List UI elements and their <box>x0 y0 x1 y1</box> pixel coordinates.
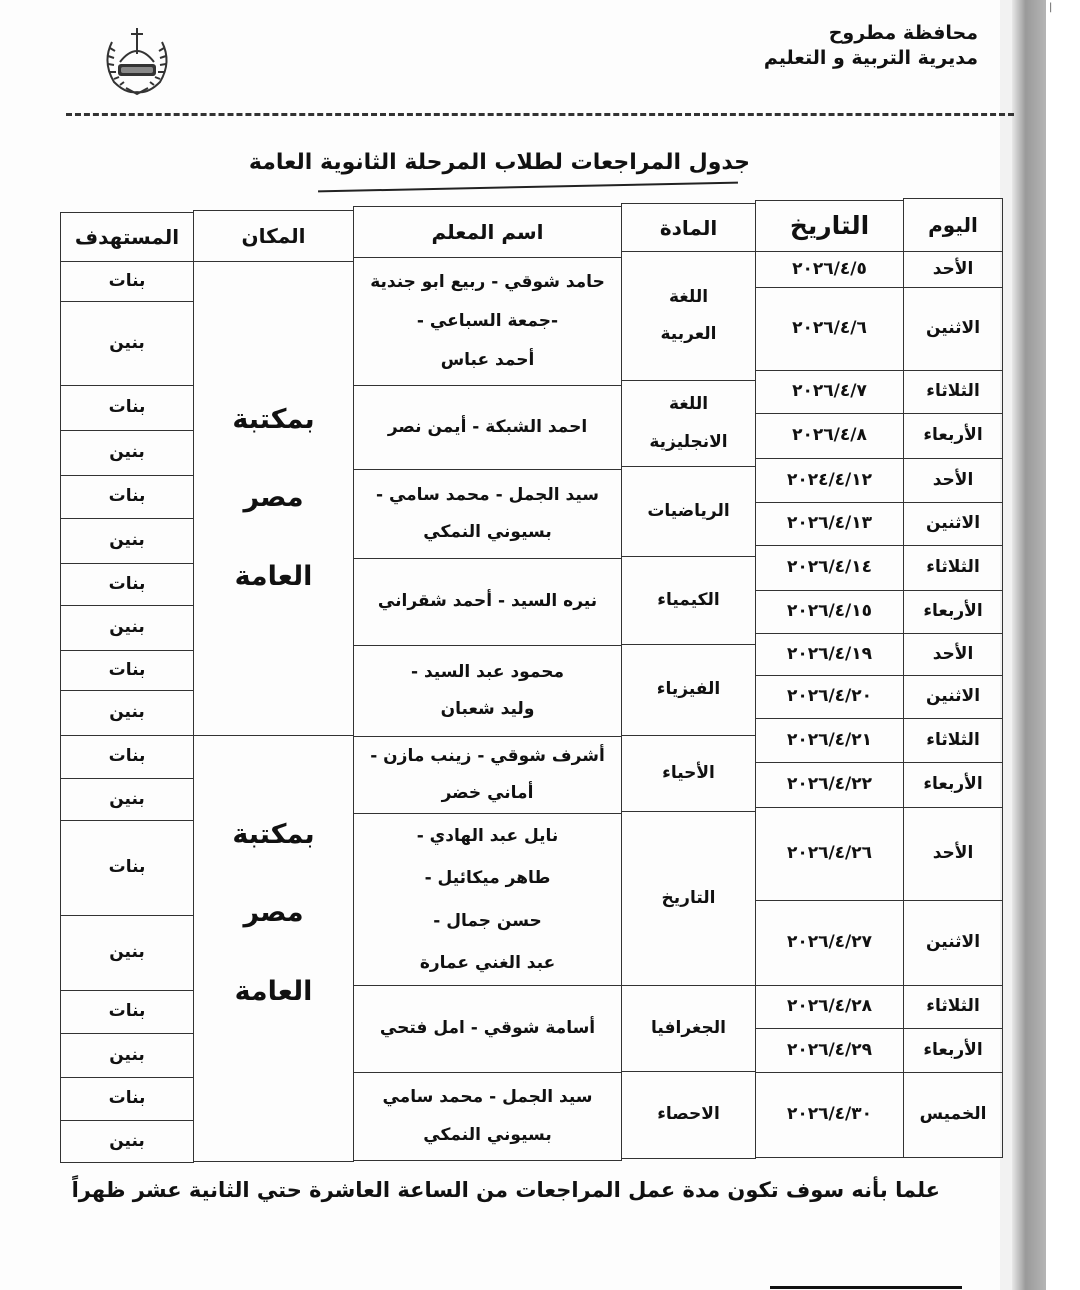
date-cell: ٢٠٢٦/٤/٢٢ <box>755 762 904 808</box>
subject-cell-english: اللغة الانجليزية <box>621 380 756 467</box>
teacher-line: حامد شوقي - ربيع ابو جندية <box>370 263 605 302</box>
target-cell: بنات <box>60 563 194 606</box>
day-cell: الأحد <box>903 458 1003 503</box>
day-cell: الأحد <box>903 633 1003 676</box>
header-day: اليوم <box>903 198 1003 252</box>
subject-name: اللغة <box>669 386 708 423</box>
teacher-cell: أسامة شوقي - امل فتحي <box>353 985 622 1073</box>
day-cell: الثلاثاء <box>903 370 1003 414</box>
teacher-line: طاهر ميكائيل - <box>425 857 551 900</box>
location-line: العامة <box>235 953 313 1031</box>
teacher-cell: محمود عبد السيد - وليد شعبان <box>353 645 622 737</box>
location-cell: بمكتبة مصر العامة <box>193 261 354 736</box>
day-cell: الثلاثاء <box>903 985 1003 1029</box>
schedule-table: اليوم التاريخ المادة اسم المعلم المكان ا… <box>63 0 1003 1290</box>
teacher-line: نيره السيد - أحمد شقراني <box>378 583 597 620</box>
target-cell: بنين <box>60 430 194 476</box>
day-cell: الاثنين <box>903 675 1003 719</box>
subject-cell-physics: الفيزياء <box>621 644 756 736</box>
subject-cell-biology: الأحياء <box>621 735 756 812</box>
teacher-cell: سيد الجمل - محمد سامي بسيوني النمكي <box>353 1072 622 1161</box>
location-line: مصر <box>243 459 303 537</box>
date-cell: ٢٠٢٦/٤/٢٦ <box>755 807 904 901</box>
teacher-line: بسيوني النمكي <box>423 1117 551 1154</box>
date-cell: ٢٠٢٦/٤/٢٠ <box>755 675 904 719</box>
day-cell: الأحد <box>903 807 1003 901</box>
date-cell: ٢٠٢٦/٤/٢٨ <box>755 985 904 1029</box>
day-cell: الاثنين <box>903 900 1003 986</box>
date-cell: ٢٠٢٦/٤/١٣ <box>755 502 904 546</box>
target-cell: بنين <box>60 915 194 991</box>
date-cell: ٢٠٢٦/٤/٨ <box>755 413 904 459</box>
day-cell: الاثنين <box>903 502 1003 546</box>
location-line: بمكتبة <box>232 796 314 874</box>
subject-cell-arabic: اللغة العربية <box>621 251 756 381</box>
target-cell: بنات <box>60 385 194 431</box>
teacher-line: حسن جمال - <box>433 900 542 943</box>
teacher-cell: نايل عبد الهادي - طاهر ميكائيل - حسن جما… <box>353 813 622 986</box>
teacher-line: أشرف شوقي - زينب مازن - <box>370 738 605 775</box>
target-cell: بنات <box>60 1077 194 1121</box>
edge-mark: | <box>1049 2 1052 13</box>
teacher-line: سيد الجمل - محمد سامي - <box>376 477 599 514</box>
date-cell: ٢٠٢٦/٤/١٩ <box>755 633 904 676</box>
teacher-line: احمد الشبكة - أيمن نصر <box>388 409 587 446</box>
teacher-line: أحمد عباس <box>441 341 535 380</box>
header-date: التاريخ <box>755 200 904 252</box>
location-line: العامة <box>235 538 313 616</box>
footer-note: علما بأنه سوف تكون مدة عمل المراجعات من … <box>150 1178 940 1202</box>
target-cell: بنات <box>60 735 194 779</box>
date-cell: ٢٠٢٤/٤/١٢ <box>755 458 904 503</box>
subject-name: اللغة <box>669 279 708 316</box>
teacher-cell: سيد الجمل - محمد سامي - بسيوني النمكي <box>353 469 622 559</box>
target-cell: بنين <box>60 301 194 386</box>
teacher-line: -جمعة السباعي - <box>417 302 558 341</box>
teacher-line: نايل عبد الهادي - <box>417 815 559 858</box>
day-cell: الأربعاء <box>903 1028 1003 1073</box>
target-cell: بنات <box>60 820 194 916</box>
date-cell: ٢٠٢٦/٤/١٤ <box>755 545 904 591</box>
teacher-cell: أشرف شوقي - زينب مازن - أماني خضر <box>353 736 622 814</box>
target-cell: بنات <box>60 650 194 691</box>
target-cell: بنين <box>60 1033 194 1078</box>
teacher-line: بسيوني النمكي <box>423 514 551 551</box>
location-cell: بمكتبة مصر العامة <box>193 735 354 1162</box>
target-cell: بنات <box>60 475 194 519</box>
target-cell: بنين <box>60 605 194 651</box>
location-line: بمكتبة <box>232 381 314 459</box>
subject-cell-math: الرياضيات <box>621 466 756 557</box>
target-cell: بنين <box>60 1120 194 1163</box>
date-cell: ٢٠٢٦/٤/٣٠ <box>755 1072 904 1158</box>
day-cell: الأربعاء <box>903 762 1003 808</box>
teacher-cell: احمد الشبكة - أيمن نصر <box>353 385 622 470</box>
document-page: | محافظة مطروح مديرية التربية و التعليم … <box>0 0 1046 1290</box>
target-cell: بنات <box>60 261 194 302</box>
day-cell: الأحد <box>903 251 1003 288</box>
day-cell: الخميس <box>903 1072 1003 1158</box>
date-cell: ٢٠٢٦/٤/٦ <box>755 287 904 371</box>
teacher-line: أماني خضر <box>442 775 534 812</box>
header-location: المكان <box>193 210 354 262</box>
teacher-line: سيد الجمل - محمد سامي <box>382 1079 592 1116</box>
subject-cell-geography: الجغرافيا <box>621 985 756 1072</box>
header-teacher: اسم المعلم <box>353 206 622 258</box>
teacher-line: وليد شعبان <box>441 691 535 728</box>
date-cell: ٢٠٢٦/٤/٢١ <box>755 718 904 763</box>
header-subject: المادة <box>621 203 756 252</box>
date-cell: ٢٠٢٦/٤/٧ <box>755 370 904 414</box>
target-cell: بنين <box>60 518 194 564</box>
date-cell: ٢٠٢٦/٤/٢٧ <box>755 900 904 986</box>
date-cell: ٢٠٢٦/٤/٥ <box>755 251 904 288</box>
day-cell: الثلاثاء <box>903 545 1003 591</box>
subject-cell-statistics: الاحصاء <box>621 1071 756 1159</box>
day-cell: الثلاثاء <box>903 718 1003 763</box>
day-cell: الأربعاء <box>903 590 1003 634</box>
subject-name: العربية <box>661 316 717 353</box>
subject-cell-chemistry: الكيمياء <box>621 556 756 645</box>
bottom-rule <box>770 1286 962 1289</box>
date-cell: ٢٠٢٦/٤/١٥ <box>755 590 904 634</box>
subject-name: الانجليزية <box>649 424 727 461</box>
subject-cell-history: التاريخ <box>621 811 756 986</box>
teacher-line: أسامة شوقي - امل فتحي <box>380 1010 595 1047</box>
teacher-line: محمود عبد السيد - <box>411 654 564 691</box>
location-line: مصر <box>243 874 303 952</box>
day-cell: الاثنين <box>903 287 1003 371</box>
page-edge <box>1012 0 1046 1290</box>
target-cell: بنين <box>60 690 194 736</box>
header-target: المستهدف <box>60 212 194 262</box>
teacher-line: عبد الغني عمارة <box>420 942 555 985</box>
teacher-cell: حامد شوقي - ربيع ابو جندية -جمعة السباعي… <box>353 257 622 386</box>
target-cell: بنين <box>60 778 194 821</box>
target-cell: بنات <box>60 990 194 1034</box>
day-cell: الأربعاء <box>903 413 1003 459</box>
teacher-cell: نيره السيد - أحمد شقراني <box>353 558 622 646</box>
date-cell: ٢٠٢٦/٤/٢٩ <box>755 1028 904 1073</box>
